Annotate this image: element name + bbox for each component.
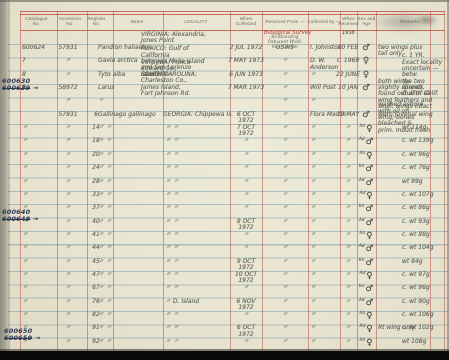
cell-coll: 〃 [310,98,346,104]
female-symbol: ♀ [366,271,372,281]
cell-name: 〃 〃 [98,245,168,251]
cell-sex-age: Ad♂ [359,244,374,253]
cell-rem: c. wt 76g [402,165,448,171]
cell-recd: 〃 [345,285,351,291]
female-symbol: ♀ [366,311,372,321]
cell-recv: 〃 [282,165,288,171]
cell-when: 7 OCT 1972 [237,125,255,138]
cell-rem: c. wt 104g [402,245,448,251]
cell-loc: 〃 〃 [165,125,237,131]
cell-when: 〃 [243,192,249,198]
female-symbol: ♀ [363,70,369,80]
cell-coll: 〃 [310,312,346,318]
cell-recd: 10 MAY [337,112,360,118]
cell-recd: c. 1969 [337,58,359,64]
cell-recv: 〃 [282,112,288,118]
header-label: LOCALITY [184,19,207,24]
cell-name: 〃 〃 [98,205,168,211]
cell-recv: 〃 [282,152,288,158]
cell-when: 7 MAR 1973 [228,85,264,91]
cell-rem: c. wt 93g [402,219,448,225]
cell-recv: 〃 [282,192,288,198]
header-label: Name [131,19,144,24]
header-rule [20,11,445,12]
cell-coll: 〃 [310,138,346,144]
cell-loc: 〃 〃 [165,312,237,318]
cell-coll: 〃 [310,165,346,171]
received-from-subnote: Birdbanding Patuxent Wildl. Res. Center [268,36,302,50]
cell-acc: 〃 [65,179,71,185]
scan-edge-bottom [0,351,449,360]
female-symbol: ♀ [366,231,372,241]
header-label: Accession No. [59,16,81,26]
column-rule [20,11,21,352]
cell-sex-age: Im♀ [360,338,373,347]
cell-cat: 〃 [22,152,54,158]
cell-when: 9 OCT 1972 [237,259,255,272]
cell-sex-age: Ad♀ [359,191,372,200]
cell-acc: 〃 [65,245,71,251]
cell-loc: 〃 〃 [165,165,237,171]
male-symbol: ♂ [366,204,374,214]
margin-note-line: 600649 → [2,216,38,223]
cell-acc: 〃 [65,152,71,158]
cell-name: 〃 〃 [98,312,168,318]
cell-loc: 〃 〃 [165,138,237,144]
male-symbol: ♂ [362,110,370,120]
cell-recd: 10 FEB [338,45,359,51]
age-mark: Im [360,124,366,129]
cell-sex-age: ♀ [363,57,369,65]
cell-rem: wt 108g [402,339,448,345]
header-label: Sex and Age [358,16,376,26]
cell-name: 〃 〃 [98,299,168,305]
cell-when: 〃 [243,138,249,144]
cell-acc: 〃 [65,58,71,64]
year-note: 1938 [342,30,355,36]
age-mark: Ad [359,271,365,276]
cell-recv: 〃 [282,339,288,345]
cell-sex-age: Im♀ [360,151,373,160]
male-symbol: ♂ [366,258,374,268]
cell-cat: 〃 [22,138,54,144]
cell-name: 〃 [98,98,168,104]
margin-note-line: 600639 → [2,85,38,92]
cell-coll: 〃 [310,299,346,305]
cell-acc: 〃 [65,205,71,211]
cell-acc: 〃 [65,325,71,331]
cell-cat: 600624 [22,45,54,51]
cell-when: 6 JUN 1973 [229,72,263,78]
cell-sex-age: ♂ [362,84,370,92]
cell-coll: 〃 [310,205,346,211]
cell-acc: 〃 [65,72,71,78]
age-mark: Im [359,164,365,169]
cell-loc: GEORGIA: Chippewa Is. [163,112,235,118]
cell-recv: 〃 [282,179,288,185]
cell-when: 6 OCT 1972 [237,325,255,338]
age-mark: Ad [359,324,365,329]
age-mark: Im [359,204,365,209]
cell-sex-age: Ad♂ [359,137,374,146]
cell-when: 〃 [243,179,249,185]
cell-rem: c. wt 96g [402,152,448,158]
cell-acc: 57931 [58,112,77,118]
cell-recv: 〃 [282,245,288,251]
cell-name: 〃 〃 [98,339,168,345]
cell-recd: 〃 [345,312,351,318]
column-rule [87,11,88,352]
age-mark: Im [360,231,366,236]
cell-sex-age: ♂ [362,111,370,119]
cell-when: 7 MAY 1973 [228,58,264,64]
cell-acc: 〃 [65,259,71,265]
cell-loc: 〃 〃 [165,232,237,238]
cell-recd: 〃 [345,179,351,185]
cell-when: 10 OCT 1972 [235,272,257,285]
cell-cat: 〃 [22,312,54,318]
cell-recv: 〃 [282,72,288,78]
cell-loc: SOUTH CAROLINA: Charleston Co., James Is… [141,72,213,97]
cell-note: worn juvenal wing [378,112,434,118]
header-label: Collected by — [307,19,340,24]
cell-when: 〃 [243,339,249,345]
header-label: Remarks [400,19,419,24]
cell-name: 〃 〃 [98,125,168,131]
cell-recv: 〃 [282,259,288,265]
header-label: Catalogue No. [25,16,47,26]
cell-coll: 〃 [310,125,346,131]
cell-recv: 〃 [282,98,288,104]
cell-sex-age: Im♂ [359,164,373,173]
cell-name: 〃 〃 [98,272,168,278]
cell-recv: 〃 [282,138,288,144]
cell-when: 〃 [243,232,249,238]
cell-coll: 〃 [310,259,346,265]
cell-rem: c. wt 107g [402,192,448,198]
scan-edge-top [0,0,449,2]
cell-name: 〃 〃 [98,219,168,225]
cell-sex-age: Ad♂ [359,298,374,307]
cell-recd: 〃 [345,232,351,238]
female-symbol: ♀ [366,124,372,134]
cell-rem: wt 84g [402,259,448,265]
cell-acc: 〃 [65,232,71,238]
cell-recv: 〃 [282,312,288,318]
cell-sex-age: Ad♂ [359,218,374,227]
cell-sex-age: Ad♀ [359,324,372,333]
male-symbol: ♂ [366,298,374,308]
cell-acc: 〃 [65,192,71,198]
header-label: Register No. [87,16,105,26]
cell-name: 〃 〃 [98,325,168,331]
cell-sex-age: Im♀ [360,124,373,133]
cell-name: 〃 〃 [98,259,168,265]
cell-sex-age: Ad♀ [359,271,372,280]
age-mark: Ad [359,218,365,223]
cell-sex-age: ♂ [362,44,370,52]
header-rule [20,14,445,15]
cell-coll: 〃 [310,192,346,198]
cell-acc: 57931 [58,45,77,51]
male-symbol: ♂ [366,137,374,147]
cell-loc: 〃 〃 [165,205,237,211]
cell-recv: 〃 [282,125,288,131]
cell-recv: 〃 [282,325,288,331]
cell-recd: 〃 [345,165,351,171]
cell-name: 〃 〃 [98,192,168,198]
cell-cat: 〃 [22,285,54,291]
age-mark: Im [360,151,366,156]
cell-recd: 〃 [345,325,351,331]
cell-cat: 〃 [22,299,54,305]
ledger-scan: Catalogue No.Accession No.Register No.Na… [0,0,449,360]
cell-cat: 7 [22,58,54,64]
cell-cat: 〃 [22,179,54,185]
cell-name: 〃 〃 [98,138,168,144]
cell-loc: 〃 〃 [165,285,237,291]
female-symbol: ♀ [366,191,372,201]
male-symbol: ♂ [366,164,374,174]
cell-loc: 〃 〃 [165,245,237,251]
cell-when: 8 OCT 1972 [237,219,255,232]
age-mark: Im [360,311,366,316]
age-mark: Ad [359,137,365,142]
cell-coll: 〃 [310,219,346,225]
cell-name: 〃 〃 [98,285,168,291]
cell-acc: 〃 [65,165,71,171]
cell-loc: VIRGINIA: Alexandria, Jones Point [141,32,213,45]
age-mark: Ad [359,178,365,183]
cell-coll: 〃 [310,285,346,291]
cell-when: 6 NOV 1972 [236,299,255,312]
cell-coll: 〃 [310,232,346,238]
header-label: When Collected [236,16,257,26]
cell-loc: 〃 〃 [165,272,237,278]
margin-note: 600630600639 → [2,78,38,92]
cell-recd: 〃 [345,152,351,158]
age-mark: Ad [359,191,365,196]
cell-cat: 〃 [22,232,54,238]
cell-loc: 〃 〃 [165,192,237,198]
cell-recv: 〃 [282,232,288,238]
cell-recv: 〃 [282,85,288,91]
cell-recd: 〃 [345,138,351,144]
cell-recd: 10 JAN [338,85,358,91]
cell-recd: 〃 [345,299,351,305]
male-symbol: ♂ [362,83,370,93]
cell-name: 〃 〃 [98,232,168,238]
cell-when: 〃 [243,245,249,251]
cell-when: 〃 [243,205,249,211]
cell-sex-age: Ad♂ [359,178,374,187]
male-symbol: ♂ [366,178,374,188]
cell-recd: 22 JUNE [336,72,360,78]
cell-name: 〃 〃 [98,152,168,158]
cell-acc: 〃 [65,219,71,225]
cell-cat: 〃 [22,245,54,251]
margin-note-line: 600659 → [4,335,40,342]
scan-edge-left-shadow [8,0,10,360]
cell-cat: 〃 [22,192,54,198]
cell-when: 〃 [243,312,249,318]
cell-coll: 〃 [310,339,346,345]
age-mark: Ad [359,298,365,303]
cell-loc: 〃 〃 [165,339,237,345]
cell-recd: 〃 [345,205,351,211]
cell-sex-age: ♀ [363,71,369,79]
margin-note: 600640600649 → [2,209,38,223]
cell-loc: 〃 〃 [165,325,237,331]
age-mark: Ad [359,244,365,249]
cell-acc: 〃 [65,98,71,104]
column-rule [57,11,58,352]
cell-recd: 〃 [345,259,351,265]
cell-rem: c. wt 96g [402,285,448,291]
cell-recd: 〃 [345,125,351,131]
male-symbol: ♂ [366,218,374,228]
cell-cat: 〃 [22,272,54,278]
cell-acc: 〃 [65,138,71,144]
cell-recd: 〃 [345,245,351,251]
cell-loc: 〃 〃 [165,179,237,185]
female-symbol: ♀ [366,338,372,348]
cell-recd: 〃 [345,192,351,198]
cell-loc: 〃 〃 [165,259,237,265]
column-rule [308,11,309,352]
female-symbol: ♀ [363,56,369,66]
cell-acc: 〃 [65,125,71,131]
cell-name: 〃 〃 [98,165,168,171]
cell-rem: c. wt 88g [402,232,448,238]
cell-sex-age: Im♂ [359,284,373,293]
cell-rem: wt 114g [402,125,448,131]
cell-name: 〃 〃 [98,179,168,185]
female-symbol: ♀ [366,324,372,334]
cell-cat: 〃 [22,259,54,265]
header-label: Received From — [265,19,304,24]
cell-recv: 〃 [282,285,288,291]
male-symbol: ♂ [366,284,374,294]
male-symbol: ♂ [362,43,370,53]
cell-rem: c. wt 106g [402,312,448,318]
cell-when: 〃 [243,165,249,171]
header-rule [20,30,445,31]
cell-acc: 〃 [65,299,71,305]
cell-acc: 〃 [65,272,71,278]
cell-recv: 〃 [282,299,288,305]
cell-sex-age: Im♀ [360,231,373,240]
cell-acc: 〃 [65,285,71,291]
cell-sex-age: Im♀ [360,311,373,320]
cell-when: 〃 [243,152,249,158]
age-mark: Im [359,258,365,263]
cell-name: Gallinago gallinago [98,112,168,118]
cell-rem: c. wt 97g [402,272,448,278]
cell-acc: 〃 [65,312,71,318]
cell-coll: 〃 [310,245,346,251]
male-symbol: ♂ [366,244,374,254]
cell-coll: 〃 [310,152,346,158]
cell-loc: 〃 〃 [165,152,237,158]
cell-rem: c. wt 139g [402,138,448,144]
margin-note: 600650600659 → [4,328,40,342]
age-mark: Im [359,284,365,289]
cell-recd: 〃 [345,219,351,225]
header-label: When Received [338,16,358,26]
cell-recv: 〃 [282,219,288,225]
cell-recd: 〃 [345,272,351,278]
cell-coll: 〃 [310,325,346,331]
cell-recd: 〃 [345,339,351,345]
cell-rem: c. wt 86g [402,205,448,211]
cell-sex-age: Im♂ [359,258,373,267]
cell-when: 6 OCT 1972 [237,112,255,125]
cell-coll: 〃 [310,179,346,185]
cell-cat: 〃 [22,125,54,131]
cell-coll: 〃 [310,272,346,278]
female-symbol: ♀ [366,151,372,161]
cell-rem: c. wt 90g [402,299,448,305]
cell-when: 〃 [243,285,249,291]
cell-recv: 〃 [282,58,288,64]
age-mark: Im [360,338,366,343]
cell-recv: 〃 [282,272,288,278]
cell-loc: 〃 〃 [165,219,237,225]
cell-when: 2 JUL 1972 [230,45,262,51]
cell-loc: 〃 D. Island [165,299,237,305]
cell-acc: 58972 [58,85,77,91]
cell-recv: 〃 [282,205,288,211]
cell-sex-age: Im♂ [359,204,373,213]
cell-rem: wt 99g [402,179,448,185]
column-rule [376,11,377,352]
scan-edge-left [0,0,8,360]
cell-cat: 〃 [22,165,54,171]
cell-acc: 〃 [65,339,71,345]
cell-rem: c. wt 102g [402,325,448,331]
